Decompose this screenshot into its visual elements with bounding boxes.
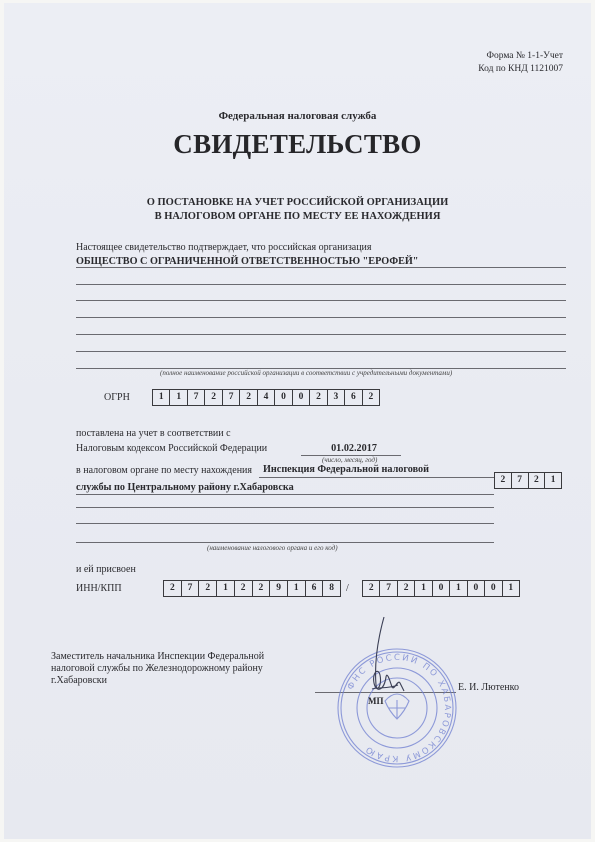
organization-caption: (полное наименование российской организа… (160, 369, 452, 377)
registration-line-1: поставлена на учет в соответствии с (76, 428, 231, 439)
tax-authority-code-field: 2721 (494, 472, 562, 489)
ogrn-digit: 7 (188, 390, 205, 405)
kpp-digit: 0 (433, 581, 450, 596)
org-line-3 (76, 300, 566, 301)
ogrn-digit: 2 (205, 390, 222, 405)
ogrn-digit: 6 (345, 390, 362, 405)
inn-field: 2721229168 (163, 580, 341, 597)
ogrn-digit: 7 (223, 390, 240, 405)
tax-code-digit: 7 (512, 473, 529, 488)
signature-icon (354, 615, 414, 705)
kpp-digit: 1 (450, 581, 467, 596)
kpp-digit: 2 (363, 581, 380, 596)
ogrn-digit: 2 (363, 390, 379, 405)
kpp-digit: 7 (380, 581, 397, 596)
inn-digit: 2 (253, 581, 271, 596)
ogrn-field: 1172724002362 (152, 389, 380, 406)
ogrn-digit: 2 (240, 390, 257, 405)
form-number: Форма № 1-1-Учет (486, 50, 563, 62)
inn-kpp-separator: / (346, 583, 349, 594)
document-title: СВИДЕТЕЛЬСТВО (0, 129, 595, 160)
org-line-2 (76, 284, 566, 285)
organization-intro: Настоящее свидетельство подтверждает, чт… (76, 242, 372, 253)
kpp-digit: 2 (398, 581, 415, 596)
ogrn-digit: 0 (275, 390, 292, 405)
kpp-field: 272101001 (362, 580, 520, 597)
tax-authority-intro: в налоговом органе по месту нахождения (76, 465, 252, 476)
subtitle-line-2: В НАЛОГОВОМ ОРГАНЕ ПО МЕСТУ ЕЕ НАХОЖДЕНИ… (0, 210, 595, 224)
subtitle-line-1: О ПОСТАНОВКЕ НА УЧЕТ РОССИЙСКОЙ ОРГАНИЗА… (0, 196, 595, 210)
ogrn-digit: 3 (328, 390, 345, 405)
authority-name: Федеральная налоговая служба (0, 110, 595, 122)
signatory-position-line-1: Заместитель начальника Инспекции Федерал… (51, 651, 264, 663)
certificate-page: Форма № 1-1-Учет Код по КНД 1121007 Феде… (4, 3, 591, 839)
tax-authority-name-line-2: службы по Центральному району г.Хабаровс… (76, 482, 294, 493)
org-line-6 (76, 351, 566, 352)
tax-authority-caption: (наименование налогового органа и его ко… (207, 544, 338, 552)
inn-digit: 2 (199, 581, 217, 596)
ogrn-label: ОГРН (104, 392, 130, 403)
inn-digit: 1 (217, 581, 235, 596)
kpp-digit: 0 (485, 581, 502, 596)
ogrn-digit: 1 (153, 390, 170, 405)
tax-code-digit: 1 (545, 473, 561, 488)
inn-digit: 1 (288, 581, 306, 596)
tax-line-2 (76, 494, 494, 495)
ogrn-digit: 1 (170, 390, 187, 405)
tax-line-1 (259, 477, 494, 478)
date-caption: (число, месяц, год) (322, 456, 377, 464)
registration-line-2: Налоговым кодексом Российской Федерации (76, 443, 267, 454)
organization-name: ОБЩЕСТВО С ОГРАНИЧЕННОЙ ОТВЕТСТВЕННОСТЬЮ… (76, 256, 418, 267)
tax-line-3 (76, 507, 494, 508)
kpp-digit: 1 (415, 581, 432, 596)
signatory-name: Е. И. Лютенко (458, 682, 519, 693)
kpp-digit: 0 (468, 581, 485, 596)
ogrn-digit: 2 (310, 390, 327, 405)
org-line-1 (76, 267, 566, 268)
inn-digit: 7 (182, 581, 200, 596)
signatory-position-line-3: г.Хабаровски (51, 675, 107, 687)
registration-date: 01.02.2017 (314, 443, 394, 454)
inn-digit: 2 (235, 581, 253, 596)
ogrn-digit: 4 (258, 390, 275, 405)
tax-line-4 (76, 523, 494, 524)
inn-digit: 9 (270, 581, 288, 596)
tax-line-5 (76, 542, 494, 543)
org-line-5 (76, 334, 566, 335)
tax-code-digit: 2 (529, 473, 546, 488)
org-line-4 (76, 317, 566, 318)
tax-code-digit: 2 (495, 473, 512, 488)
inn-digit: 2 (164, 581, 182, 596)
inn-kpp-label: ИНН/КПП (76, 583, 122, 594)
knd-code: Код по КНД 1121007 (478, 63, 563, 75)
tax-authority-name-line-1: Инспекция Федеральной налоговой (263, 464, 429, 475)
kpp-digit: 1 (503, 581, 519, 596)
inn-digit: 8 (323, 581, 340, 596)
assigned-label: и ей присвоен (76, 564, 136, 575)
inn-digit: 6 (306, 581, 324, 596)
signatory-position-line-2: налоговой службы по Железнодорожному рай… (51, 663, 263, 675)
ogrn-digit: 0 (293, 390, 310, 405)
